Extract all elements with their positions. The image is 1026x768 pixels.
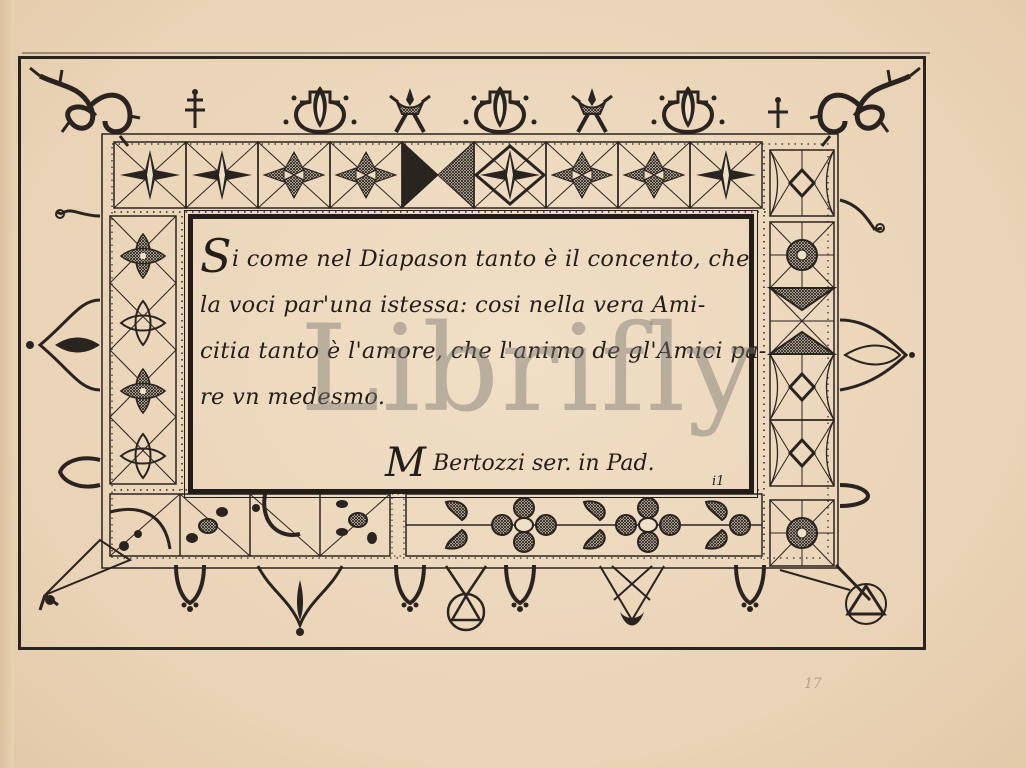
page-number: 17 — [804, 676, 822, 692]
plate-number: i1 — [712, 474, 724, 489]
watermark: Librifly — [300, 300, 720, 439]
signature: M Bertozzi ser. in Pad. — [385, 440, 655, 486]
signature-flourish: M — [385, 440, 426, 486]
inscription-line-1: Si come nel Diapason tanto è il concento… — [200, 236, 740, 282]
initial-letter: S — [200, 229, 232, 283]
signature-text: Bertozzi ser. in Pad. — [433, 451, 655, 476]
